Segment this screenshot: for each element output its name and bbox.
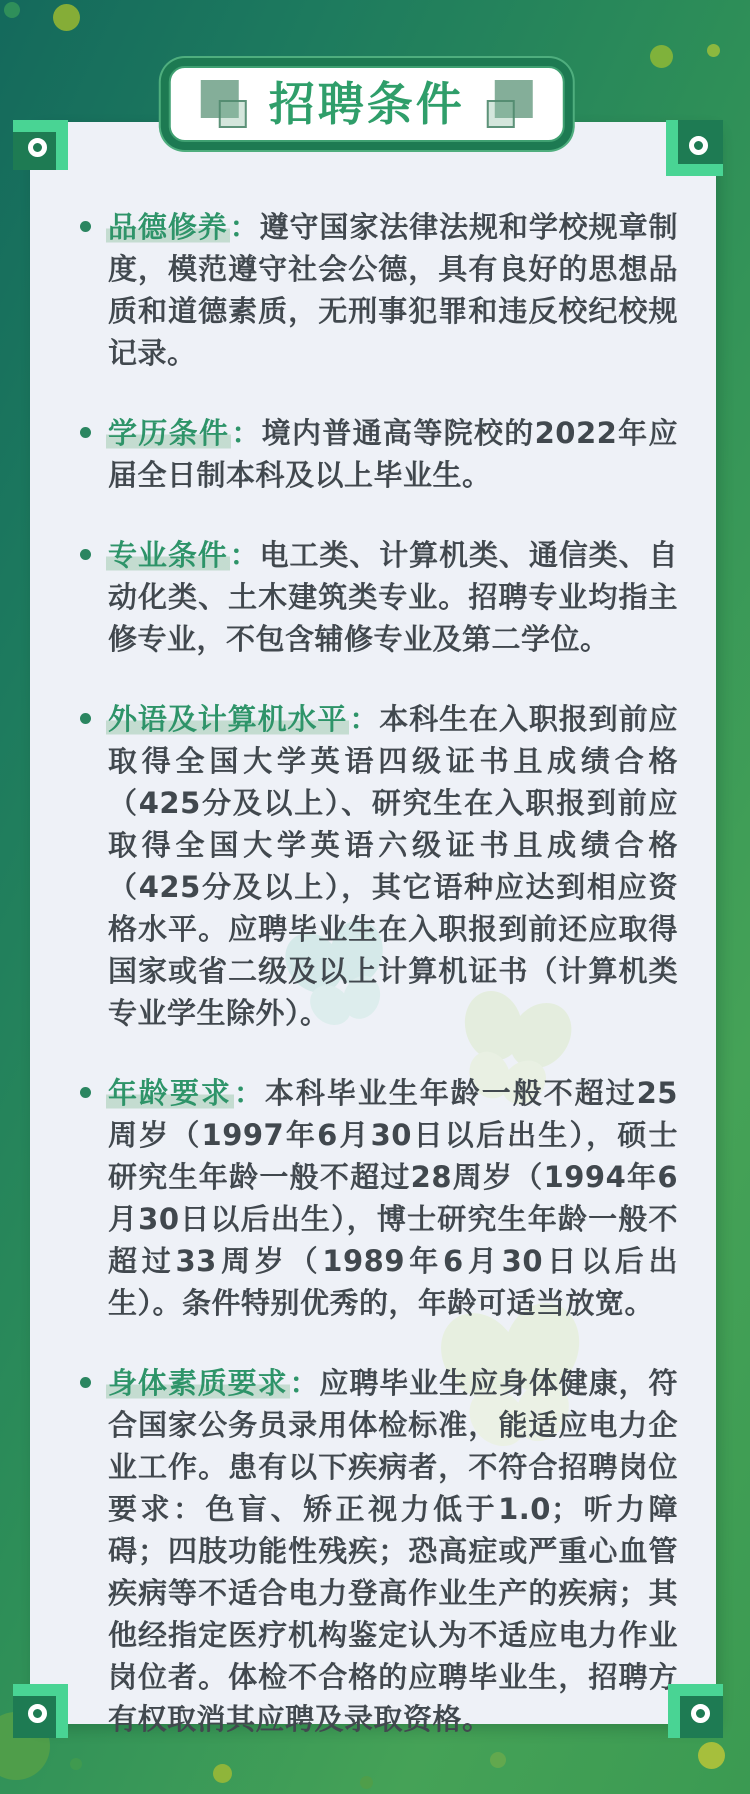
content-card: 品德修养：遵守国家法律法规和学校规章制度，模范遵守社会公德，具有良好的思想品质和… bbox=[30, 122, 716, 1724]
label-colon: ： bbox=[234, 1076, 265, 1110]
section-label: 专业条件 bbox=[106, 538, 230, 572]
title-badge: 招聘条件 bbox=[161, 58, 573, 150]
bullet-dot-icon bbox=[80, 1087, 91, 1098]
corner-clip-top-right bbox=[666, 120, 723, 176]
corner-clip-bottom-right bbox=[668, 1684, 723, 1738]
decorative-dot bbox=[650, 45, 673, 68]
corner-ring-icon bbox=[28, 138, 47, 157]
corner-clip-top-left bbox=[13, 120, 68, 170]
section-body: 本科毕业生年龄一般不超过25周岁（1997年6月30日以后出生），硕士研究生年龄… bbox=[108, 1076, 678, 1320]
requirement-text: 品德修养：遵守国家法律法规和学校规章制度，模范遵守社会公德，具有良好的思想品质和… bbox=[108, 206, 678, 374]
decorative-dot bbox=[698, 1742, 725, 1769]
requirement-text: 身体素质要求：应聘毕业生应身体健康，符合国家公务员录用体检标准，能适应电力企业工… bbox=[108, 1362, 678, 1740]
bullet-dot-icon bbox=[80, 713, 91, 724]
section-label: 外语及计算机水平 bbox=[106, 702, 349, 736]
label-colon: ： bbox=[230, 210, 260, 244]
label-colon: ： bbox=[349, 702, 379, 736]
decorative-dot bbox=[4, 2, 20, 18]
section-label: 品德修养 bbox=[106, 210, 230, 244]
corner-ring-icon bbox=[28, 1704, 47, 1723]
requirement-item-physical: 身体素质要求：应聘毕业生应身体健康，符合国家公务员录用体检标准，能适应电力企业工… bbox=[78, 1362, 678, 1740]
square-deco-left-icon bbox=[201, 80, 247, 128]
label-colon: ： bbox=[290, 1366, 320, 1400]
corner-clip-bottom-left bbox=[13, 1684, 68, 1738]
corner-mint-bar bbox=[56, 120, 68, 170]
section-label: 年龄要求 bbox=[106, 1076, 234, 1110]
section-label: 身体素质要求 bbox=[106, 1366, 290, 1400]
outlined-square bbox=[219, 100, 247, 128]
corner-mint-bar bbox=[56, 1684, 68, 1738]
requirement-item-language-computer: 外语及计算机水平：本科生在入职报到前应取得全国大学英语四级证书且成绩合格（425… bbox=[78, 698, 678, 1034]
requirement-text: 外语及计算机水平：本科生在入职报到前应取得全国大学英语四级证书且成绩合格（425… bbox=[108, 698, 678, 1034]
corner-mint-bar bbox=[666, 120, 678, 176]
square-deco-right-icon bbox=[487, 80, 533, 128]
section-label: 学历条件 bbox=[106, 416, 231, 450]
corner-ring-icon bbox=[691, 1704, 710, 1723]
corner-ring-icon bbox=[689, 136, 708, 155]
poster-background: 品德修养：遵守国家法律法规和学校规章制度，模范遵守社会公德，具有良好的思想品质和… bbox=[0, 0, 750, 1794]
requirement-text: 学历条件：境内普通高等院校的2022年应届全日制本科及以上毕业生。 bbox=[108, 412, 678, 496]
section-body: 应聘毕业生应身体健康，符合国家公务员录用体检标准，能适应电力企业工作。患有以下疾… bbox=[108, 1366, 678, 1736]
decorative-dot bbox=[707, 44, 720, 57]
requirement-text: 年龄要求：本科毕业生年龄一般不超过25周岁（1997年6月30日以后出生），硕士… bbox=[108, 1072, 678, 1324]
title-badge-inner: 招聘条件 bbox=[169, 66, 565, 142]
outlined-square bbox=[487, 100, 515, 128]
requirement-item-age: 年龄要求：本科毕业生年龄一般不超过25周岁（1997年6月30日以后出生），硕士… bbox=[78, 1072, 678, 1324]
bullet-dot-icon bbox=[80, 427, 91, 438]
bullet-dot-icon bbox=[80, 221, 91, 232]
requirement-text: 专业条件：电工类、计算机类、通信类、自动化类、土木建筑类专业。招聘专业均指主修专… bbox=[108, 534, 678, 660]
corner-mint-bar bbox=[668, 1684, 680, 1738]
requirement-item-morality: 品德修养：遵守国家法律法规和学校规章制度，模范遵守社会公德，具有良好的思想品质和… bbox=[78, 206, 678, 374]
requirement-item-major: 专业条件：电工类、计算机类、通信类、自动化类、土木建筑类专业。招聘专业均指主修专… bbox=[78, 534, 678, 660]
requirement-item-education: 学历条件：境内普通高等院校的2022年应届全日制本科及以上毕业生。 bbox=[78, 412, 678, 496]
section-body: 本科生在入职报到前应取得全国大学英语四级证书且成绩合格（425分及以上）、研究生… bbox=[108, 702, 678, 1030]
label-colon: ： bbox=[231, 416, 261, 450]
label-colon: ： bbox=[230, 538, 260, 572]
decorative-dot bbox=[53, 4, 80, 31]
bullet-dot-icon bbox=[80, 1377, 91, 1388]
page-title: 招聘条件 bbox=[269, 81, 465, 127]
bullet-dot-icon bbox=[80, 549, 91, 560]
requirements-list: 品德修养：遵守国家法律法规和学校规章制度，模范遵守社会公德，具有良好的思想品质和… bbox=[78, 206, 678, 1778]
